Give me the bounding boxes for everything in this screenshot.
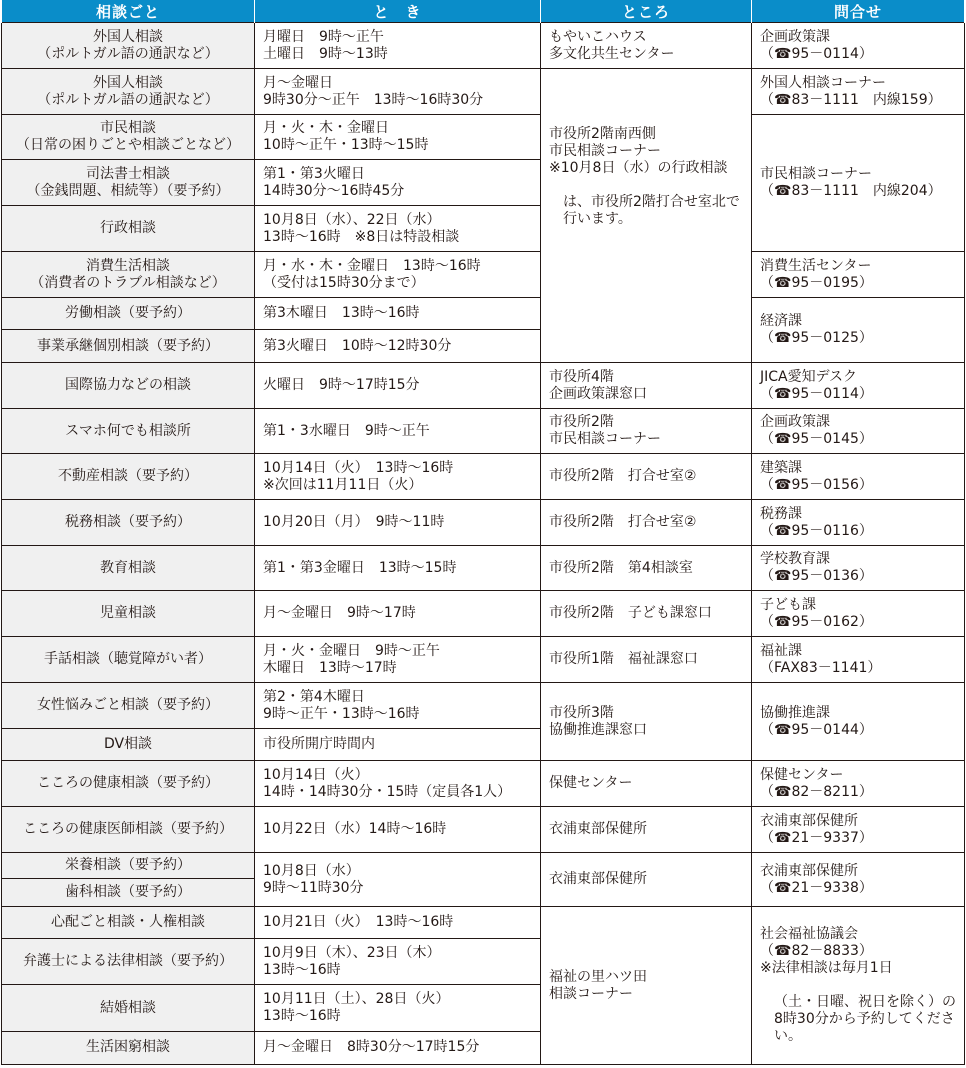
table-row: 市民相談 （日常の困りごとや相談ごとなど） 月・火・木・金曜日 10時～正午・1…	[2, 115, 965, 160]
topic-cell: こころの健康相談（要予約）	[2, 761, 255, 807]
topic-cell: スマホ何でも相談所	[2, 409, 255, 454]
topic-cell: 不動産相談（要予約）	[2, 454, 255, 500]
header-topic: 相談ごと	[2, 0, 255, 23]
topic-cell: 国際協力などの相談	[2, 363, 255, 409]
where-cell: 保健センター	[541, 761, 752, 807]
topic-cell: 消費生活相談 （消費者のトラブル相談など）	[2, 252, 255, 298]
where-cell: 衣浦東部保健所	[541, 853, 752, 907]
table-row: こころの健康相談（要予約） 10月14日（火） 14時・14時30分・15時（定…	[2, 761, 965, 807]
when-cell: 月・火・木・金曜日 10時～正午・13時～15時	[255, 115, 541, 160]
where-cell: 衣浦東部保健所	[541, 807, 752, 853]
legal-note-lead: ※法律相談は毎月1日	[760, 960, 956, 977]
when-cell: 10月20日（月） 9時～11時	[255, 500, 541, 546]
contact-cell: 協働推進課 （☎95－0144）	[752, 683, 965, 761]
table-row: 手話相談（聴覚障がい者） 月・火・金曜日 9時～正午 木曜日 13時～17時 市…	[2, 637, 965, 683]
when-cell: 10月11日（土）、28日（火） 13時～16時	[255, 985, 541, 1031]
contact-cell: 衣浦東部保健所 （☎21－9338）	[752, 853, 965, 907]
topic-cell: 弁護士による法律相談（要予約）	[2, 939, 255, 985]
contact-cell: 福祉課 （FAX83－1141）	[752, 637, 965, 683]
contact-cell: 建築課 （☎95－0156）	[752, 454, 965, 500]
contact-cell: 保健センター （☎82－8211）	[752, 761, 965, 807]
topic-cell: こころの健康医師相談（要予約）	[2, 807, 255, 853]
where-note-lead: ※10月8日（水）の行政相談	[549, 160, 743, 177]
table-row: 児童相談 月～金曜日 9時～17時 市役所2階 子ども課窓口 子ども課 （☎95…	[2, 591, 965, 637]
topic-cell: 行政相談	[2, 206, 255, 252]
table-row: 女性悩みごと相談（要予約） 第2・第4木曜日 9時～正午・13時～16時 市役所…	[2, 683, 965, 729]
table-row: こころの健康医師相談（要予約） 10月22日（水）14時～16時 衣浦東部保健所…	[2, 807, 965, 853]
topic-cell: 外国人相談 （ポルトガル語の通訳など）	[2, 69, 255, 115]
table-row: 不動産相談（要予約） 10月14日（火） 13時～16時 ※次回は11月11日（…	[2, 454, 965, 500]
topic-cell: 外国人相談 （ポルトガル語の通訳など）	[2, 23, 255, 69]
where-cell: 市役所2階 市民相談コーナー	[541, 409, 752, 454]
where-cell: 市役所4階 企画政策課窓口	[541, 363, 752, 409]
topic-cell: 栄養相談（要予約）	[2, 853, 255, 879]
when-cell: 10月14日（火） 13時～16時 ※次回は11月11日（火）	[255, 454, 541, 500]
header-where: ところ	[541, 0, 752, 23]
table-row: 外国人相談 （ポルトガル語の通訳など） 月～金曜日 9時30分～正午 13時～1…	[2, 69, 965, 115]
when-cell: 月曜日 9時～正午 土曜日 9時～13時	[255, 23, 541, 69]
table-header-row: 相談ごと と き ところ 問合せ	[2, 0, 965, 23]
where-cell: 市役所2階 第4相談室	[541, 546, 752, 591]
contact-cell: 企画政策課 （☎95－0145）	[752, 409, 965, 454]
when-cell: 10月21日（火） 13時～16時	[255, 907, 541, 939]
where-cell: 福祉の里ハツ田 相談コーナー	[541, 907, 752, 1065]
when-cell: 月～金曜日 8時30分～17時15分	[255, 1031, 541, 1064]
table-row: 労働相談（要予約） 第3木曜日 13時～16時 経済課 （☎95－0125）	[2, 298, 965, 330]
contact-cell-welfare: 社会福祉協議会 （☎82－8833） ※法律相談は毎月1日 （土・日曜、祝日を除…	[752, 907, 965, 1065]
when-cell: 10月14日（火） 14時・14時30分・15時（定員各1人）	[255, 761, 541, 807]
where-cell: 市役所2階 打合せ室②	[541, 454, 752, 500]
when-cell: 10月8日（水） 9時～11時30分	[255, 853, 541, 907]
when-cell: 月～金曜日 9時30分～正午 13時～16時30分	[255, 69, 541, 115]
topic-cell: 生活困窮相談	[2, 1031, 255, 1064]
when-cell: 第3木曜日 13時～16時	[255, 298, 541, 330]
table-row: スマホ何でも相談所 第1・3水曜日 9時～正午 市役所2階 市民相談コーナー 企…	[2, 409, 965, 454]
consultation-schedule-table: 相談ごと と き ところ 問合せ 外国人相談 （ポルトガル語の通訳など） 月曜日…	[1, 0, 965, 1065]
where-cell: 市役所2階 子ども課窓口	[541, 591, 752, 637]
topic-cell: 手話相談（聴覚障がい者）	[2, 637, 255, 683]
table-row: 国際協力などの相談 火曜日 9時～17時15分 市役所4階 企画政策課窓口 JI…	[2, 363, 965, 409]
contact-cell: 子ども課 （☎95－0162）	[752, 591, 965, 637]
header-contact: 問合せ	[752, 0, 965, 23]
when-cell: 10月9日（木）、23日（木） 13時～16時	[255, 939, 541, 985]
topic-cell: 児童相談	[2, 591, 255, 637]
where-cell: 市役所2階 打合せ室②	[541, 500, 752, 546]
contact-cell: 消費生活センター （☎95－0195）	[752, 252, 965, 298]
contact-cell: 企画政策課 （☎95－0114）	[752, 23, 965, 69]
when-cell: 月・火・金曜日 9時～正午 木曜日 13時～17時	[255, 637, 541, 683]
header-when: と き	[255, 0, 541, 23]
topic-cell: 市民相談 （日常の困りごとや相談ごとなど）	[2, 115, 255, 160]
contact-cell: 衣浦東部保健所 （☎21－9337）	[752, 807, 965, 853]
topic-cell: 事業承継個別相談（要予約）	[2, 330, 255, 363]
topic-cell: 歯科相談（要予約）	[2, 879, 255, 907]
topic-cell: 女性悩みごと相談（要予約）	[2, 683, 255, 729]
when-cell: 第1・3水曜日 9時～正午	[255, 409, 541, 454]
contact-cell: JICA愛知デスク （☎95－0114）	[752, 363, 965, 409]
topic-cell: 税務相談（要予約）	[2, 500, 255, 546]
when-cell: 月～金曜日 9時～17時	[255, 591, 541, 637]
topic-cell: 教育相談	[2, 546, 255, 591]
where-cell: 市役所3階 協働推進課窓口	[541, 683, 752, 761]
topic-cell: 心配ごと相談・人権相談	[2, 907, 255, 939]
where-city-hall-text: 市役所2階南西側 市民相談コーナー	[549, 126, 661, 159]
topic-cell: DV相談	[2, 729, 255, 761]
contact-cell-economy: 経済課 （☎95－0125）	[752, 298, 965, 363]
contact-cell: 税務課 （☎95－0116）	[752, 500, 965, 546]
table-row: 消費生活相談 （消費者のトラブル相談など） 月・水・木・金曜日 13時～16時 …	[2, 252, 965, 298]
table-row: 心配ごと相談・人権相談 10月21日（火） 13時～16時 福祉の里ハツ田 相談…	[2, 907, 965, 939]
when-cell: 10月8日（水）、22日（水） 13時～16時 ※8日は特設相談	[255, 206, 541, 252]
contact-welfare-text: 社会福祉協議会 （☎82－8833）	[760, 926, 873, 959]
when-cell: 第1・第3火曜日 14時30分～16時45分	[255, 160, 541, 206]
topic-cell: 司法書士相談 （金銭問題、相続等）（要予約）	[2, 160, 255, 206]
where-cell-city-hall-2f: 市役所2階南西側 市民相談コーナー ※10月8日（水）の行政相談 は、市役所2階…	[541, 69, 752, 363]
contact-cell: 学校教育課 （☎95－0136）	[752, 546, 965, 591]
when-cell: 第2・第4木曜日 9時～正午・13時～16時	[255, 683, 541, 729]
when-cell: 第3火曜日 10時～12時30分	[255, 330, 541, 363]
contact-cell: 外国人相談コーナー （☎83－1111 内線159）	[752, 69, 965, 115]
table-row: 教育相談 第1・第3金曜日 13時～15時 市役所2階 第4相談室 学校教育課 …	[2, 546, 965, 591]
legal-note-rest: （土・日曜、祝日を除く）の8時30分から予約してください。	[760, 994, 956, 1045]
where-note-rest: は、市役所2階打合せ室北で行います。	[549, 194, 743, 228]
when-cell: 火曜日 9時～17時15分	[255, 363, 541, 409]
table-row: 外国人相談 （ポルトガル語の通訳など） 月曜日 9時～正午 土曜日 9時～13時…	[2, 23, 965, 69]
where-cell: 市役所1階 福祉課窓口	[541, 637, 752, 683]
contact-cell-citizen: 市民相談コーナー （☎83－1111 内線204）	[752, 115, 965, 252]
when-cell: 月・水・木・金曜日 13時～16時 （受付は15時30分まで）	[255, 252, 541, 298]
when-cell: 市役所開庁時間内	[255, 729, 541, 761]
table-row: 栄養相談（要予約） 10月8日（水） 9時～11時30分 衣浦東部保健所 衣浦東…	[2, 853, 965, 879]
when-cell: 第1・第3金曜日 13時～15時	[255, 546, 541, 591]
table-row: 税務相談（要予約） 10月20日（月） 9時～11時 市役所2階 打合せ室② 税…	[2, 500, 965, 546]
topic-cell: 結婚相談	[2, 985, 255, 1031]
when-cell: 10月22日（水）14時～16時	[255, 807, 541, 853]
where-cell: もやいこハウス 多文化共生センター	[541, 23, 752, 69]
topic-cell: 労働相談（要予約）	[2, 298, 255, 330]
